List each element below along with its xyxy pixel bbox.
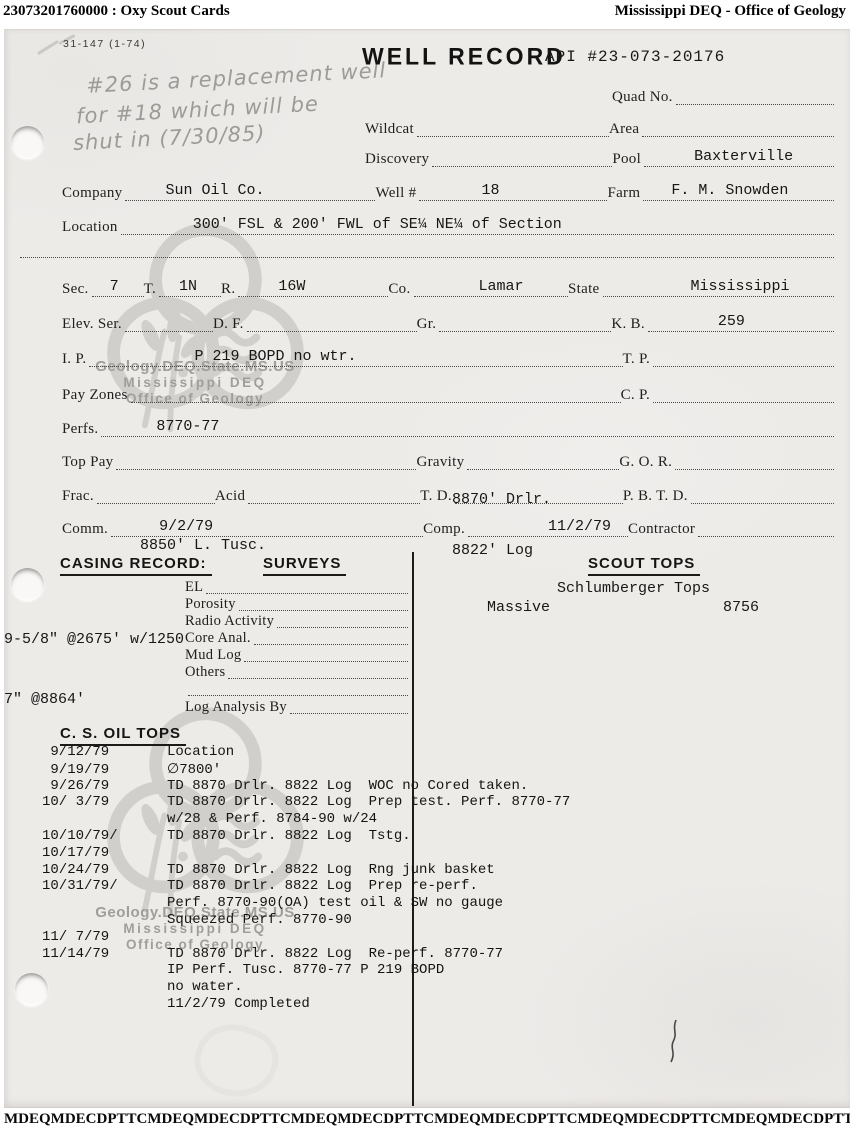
footer-item: PTTC xyxy=(107,1111,147,1128)
casing-record-heading: CASING RECORD: xyxy=(60,555,212,576)
survey-porosity-line xyxy=(239,593,408,611)
blank-field-line xyxy=(20,239,834,258)
kb-label: K. B. xyxy=(611,317,648,332)
oil-tops-date: 9/19/79 xyxy=(42,762,167,778)
oil-tops-text: TD 8870 Drlr. 8822 Log Prep re-perf. xyxy=(167,878,478,894)
oil-tops-date: 9/26/79 xyxy=(42,778,167,794)
field-row-payzones-cp: Pay Zones C. P. xyxy=(62,384,834,403)
acid-label: Acid xyxy=(215,489,248,504)
kb-line: 259 xyxy=(648,312,834,332)
survey-log-analysis-line xyxy=(290,696,408,714)
well-no-label: Well # xyxy=(375,186,419,201)
oil-tops-date: 10/17/79 xyxy=(42,845,167,861)
oil-tops-row: w/28 & Perf. 8784-90 w/24 xyxy=(42,811,570,828)
oil-tops-text: ∅7800' xyxy=(167,761,221,778)
oil-tops-text: TD 8870 Drlr. 8822 Log Tstg. xyxy=(167,828,411,844)
discovery-line xyxy=(432,147,612,167)
tp-label: T. P. xyxy=(623,352,653,367)
range-line: 16W xyxy=(238,277,388,297)
survey-mud-log-label: Mud Log xyxy=(185,648,244,663)
td-value-drlr: 8870' Drlr. xyxy=(452,491,551,508)
well-no-line: 18 xyxy=(419,181,607,201)
oil-tops-row: 10/24/79TD 8870 Drlr. 8822 Log Rng junk … xyxy=(42,862,570,879)
footer-item: MDEQ xyxy=(147,1111,194,1128)
oil-tops-date: 9/12/79 xyxy=(42,744,167,760)
comp-label: Comp. xyxy=(423,522,468,537)
td-label: T. D. xyxy=(420,489,455,504)
oil-tops-row: 10/31/79/TD 8870 Drlr. 8822 Log Prep re-… xyxy=(42,878,570,895)
survey-others-label: Others xyxy=(185,665,228,680)
farm-line: F. M. Snowden xyxy=(643,181,834,201)
survey-el-line xyxy=(206,576,408,594)
discovery-label: Discovery xyxy=(365,152,432,167)
pay-zones-line xyxy=(131,383,621,403)
field-row-toppay: Top Pay Gravity G. O. R. xyxy=(62,451,834,470)
frac-line xyxy=(97,484,215,504)
oil-tops-text: TD 8870 Drlr. 8822 Log Prep test. Perf. … xyxy=(167,794,570,810)
sec-label: Sec. xyxy=(62,282,92,297)
field-row-quad-no: Quad No. xyxy=(612,86,834,105)
top-pay-label: Top Pay xyxy=(62,455,116,470)
perfs-value: 8770-77 xyxy=(156,419,219,436)
footer-item: MDECD xyxy=(767,1111,824,1128)
elev-ser-line xyxy=(125,312,213,332)
footer-item: MDEQ xyxy=(721,1111,768,1128)
oil-tops-row: 11/2/79 Completed xyxy=(42,996,570,1013)
oil-tops-text: 11/2/79 Completed xyxy=(167,996,310,1012)
township-line: 1N xyxy=(159,277,221,297)
frac-label: Frac. xyxy=(62,489,97,504)
oil-tops-row: 9/19/79∅7800' xyxy=(42,761,570,778)
area-line xyxy=(642,117,834,137)
footer-item: PTTC xyxy=(824,1111,850,1128)
survey-core-anal-label: Core Anal. xyxy=(185,631,254,646)
survey-mud-log-line xyxy=(244,644,408,662)
field-row-discovery-pool: Discovery Pool Baxterville xyxy=(365,148,834,167)
field-row-perfs: Perfs. 8770-77 xyxy=(62,418,834,437)
gr-label: Gr. xyxy=(417,317,440,332)
county-line: Lamar xyxy=(414,277,568,297)
casing-line-1: 9-5/8" @2675' w/1250 xyxy=(4,630,184,650)
oil-tops-text: no water. xyxy=(167,979,243,995)
oil-tops-date: 10/24/79 xyxy=(42,862,167,878)
field-row-ip-tp: I. P. P 219 BOPD no wtr. T. P. xyxy=(62,348,834,367)
api-number: API #23-073-20176 xyxy=(545,48,725,66)
oil-tops-row: IP Perf. Tusc. 8770-77 P 219 BOPD xyxy=(42,962,570,979)
scout-tops-source: Schlumberger Tops xyxy=(557,580,710,597)
wildcat-line xyxy=(417,117,609,137)
footer-item: MDEQ xyxy=(577,1111,624,1128)
elev-ser-label: Elev. Ser. xyxy=(62,317,125,332)
oil-tops-row: 10/10/79/TD 8870 Drlr. 8822 Log Tstg. xyxy=(42,828,570,845)
casing-record-lines: 9-5/8" @2675' w/1250 7" @8864' xyxy=(4,590,184,730)
footer-item: PTTC xyxy=(394,1111,434,1128)
comp-line: 11/2/79 xyxy=(468,517,628,537)
survey-blank-line xyxy=(188,678,408,696)
survey-row-blank xyxy=(185,679,408,696)
top-header-bar: 23073201760000 : Oxy Scout Cards Mississ… xyxy=(0,0,850,28)
oil-tops-row: 11/14/79TD 8870 Drlr. 8822 Log Re-perf. … xyxy=(42,946,570,963)
oil-tops-row: 11/ 7/79 xyxy=(42,929,570,946)
gr-line xyxy=(439,312,611,332)
footer-item: MDECD xyxy=(481,1111,538,1128)
footer-item: PTTC xyxy=(251,1111,291,1128)
survey-porosity-label: Porosity xyxy=(185,597,239,612)
sec-line: 7 xyxy=(92,277,144,297)
area-label: Area xyxy=(609,122,642,137)
oil-tops-row: 10/17/79 xyxy=(42,845,570,862)
comm-line: 9/2/79 xyxy=(111,517,423,537)
oil-tops-heading: C. S. OIL TOPS xyxy=(60,725,186,746)
pool-value: Baxterville xyxy=(694,149,793,166)
perfs-label: Perfs. xyxy=(62,422,101,437)
ip-label: I. P. xyxy=(62,352,89,367)
oil-tops-row: 9/26/79TD 8870 Drlr. 8822 Log WOC no Cor… xyxy=(42,778,570,795)
oil-tops-row: Perf. 8770-90(OA) test oil & SW no gauge xyxy=(42,895,570,912)
footer-item: MDECD xyxy=(337,1111,394,1128)
td-value-log: 8822' Log xyxy=(452,542,551,559)
county-label: Co. xyxy=(388,282,413,297)
township-label: T. xyxy=(144,282,159,297)
oil-tops-text: IP Perf. Tusc. 8770-77 P 219 BOPD xyxy=(167,962,444,978)
field-row-elev: Elev. Ser. D. F. Gr. K. B. 259 xyxy=(62,313,834,332)
oil-tops-text: Perf. 8770-90(OA) test oil & SW no gauge xyxy=(167,895,503,911)
oil-tops-text: w/28 & Perf. 8784-90 w/24 xyxy=(167,811,377,827)
oil-tops-date: 10/10/79/ xyxy=(42,828,167,844)
tp-line xyxy=(653,347,834,367)
oil-tops-row: 9/12/79Location xyxy=(42,744,570,761)
oil-tops-text: TD 8870 Drlr. 8822 Log WOC no Cored take… xyxy=(167,778,528,794)
footer-item: MDEQ xyxy=(291,1111,338,1128)
location-line: 300' FSL & 200' FWL of SE¼ NE¼ of Sectio… xyxy=(121,215,834,235)
survey-el-label: EL xyxy=(185,580,206,595)
survey-row-el: EL xyxy=(185,577,408,594)
range-label: R. xyxy=(221,282,238,297)
survey-radio-activity-line xyxy=(277,610,408,628)
top-pay-line xyxy=(116,450,416,470)
hole-punch xyxy=(11,126,44,159)
farm-label: Farm xyxy=(607,186,643,201)
oil-tops-row: 10/ 3/79TD 8870 Drlr. 8822 Log Prep test… xyxy=(42,794,570,811)
location-label: Location xyxy=(62,220,121,235)
oil-tops-date: 10/ 3/79 xyxy=(42,794,167,810)
sec-value: 7 xyxy=(110,279,119,296)
form-title: WELL RECORD xyxy=(362,42,566,70)
pbtd-line xyxy=(691,484,834,504)
field-row-frac: Frac. Acid T. D. P. B. T. D. xyxy=(62,485,834,504)
comm-label: Comm. xyxy=(62,522,111,537)
acid-line xyxy=(248,484,420,504)
oil-tops-date: 10/31/79/ xyxy=(42,878,167,894)
location-value: 300' FSL & 200' FWL of SE¼ NE¼ of Sectio… xyxy=(193,217,562,234)
state-label: State xyxy=(568,282,603,297)
field-row-wildcat-area: Wildcat Area xyxy=(365,118,834,137)
survey-row-mud-log: Mud Log xyxy=(185,645,408,662)
oil-tops-row: Squeezed Perf. 8770-90 xyxy=(42,912,570,929)
document-id: 23073201760000 : Oxy Scout Cards xyxy=(3,3,230,20)
df-line xyxy=(247,312,417,332)
ip-line: P 219 BOPD no wtr. xyxy=(89,347,622,367)
comm-value: 9/2/79 xyxy=(159,519,213,536)
oil-tops-row: no water. xyxy=(42,979,570,996)
company-line: Sun Oil Co. xyxy=(125,181,375,201)
footer-item: MDEQ xyxy=(434,1111,481,1128)
surveys-heading: SURVEYS xyxy=(263,555,346,576)
field-row-company: Company Sun Oil Co. Well # 18 Farm F. M.… xyxy=(62,182,834,201)
oil-tops-date: 11/14/79 xyxy=(42,946,167,962)
field-row-sec-t-r-co-state: Sec. 7 T. 1N R. 16W Co. Lamar State Miss… xyxy=(62,278,834,297)
county-value: Lamar xyxy=(479,279,524,296)
survey-log-analysis-label: Log Analysis By xyxy=(185,700,290,715)
ip-value: P 219 BOPD no wtr. xyxy=(194,349,356,366)
oil-tops-text: Squeezed Perf. 8770-90 xyxy=(167,912,352,928)
footer-item: MDEQ xyxy=(4,1111,51,1128)
kb-value: 259 xyxy=(718,314,745,331)
state-line: Mississippi xyxy=(603,277,835,297)
comm-value-below: 8850' L. Tusc. xyxy=(140,537,266,554)
company-label: Company xyxy=(62,186,125,201)
state-value: Mississippi xyxy=(691,279,790,296)
survey-row-others: Others xyxy=(185,662,408,679)
scout-tops-formation: Massive xyxy=(487,599,550,616)
field-row-location: Location 300' FSL & 200' FWL of SE¼ NE¼ … xyxy=(62,216,834,235)
scout-tops-depth: 8756 xyxy=(723,599,759,616)
casing-line-2: 7" @8864' xyxy=(4,690,184,710)
quad-no-label: Quad No. xyxy=(612,90,676,105)
survey-row-core-anal: Core Anal. xyxy=(185,628,408,645)
contractor-line xyxy=(698,517,834,537)
footer-item: MDECD xyxy=(51,1111,108,1128)
footer-item: MDECD xyxy=(194,1111,251,1128)
perfs-line: 8770-77 xyxy=(101,417,834,437)
survey-row-radio-activity: Radio Activity xyxy=(185,611,408,628)
blank-line xyxy=(20,238,834,258)
survey-radio-activity-label: Radio Activity xyxy=(185,614,277,629)
form-number: 31-147 (1-74) xyxy=(63,38,146,50)
oil-tops-text: TD 8870 Drlr. 8822 Log Re-perf. 8770-77 xyxy=(167,946,503,962)
range-value: 16W xyxy=(278,279,305,296)
pbtd-label: P. B. T. D. xyxy=(623,489,691,504)
pool-label: Pool xyxy=(612,152,644,167)
df-label: D. F. xyxy=(213,317,247,332)
township-value: 1N xyxy=(179,279,197,296)
farm-value: F. M. Snowden xyxy=(671,183,788,200)
gor-label: G. O. R. xyxy=(619,455,675,470)
cp-line xyxy=(653,383,834,403)
cp-label: C. P. xyxy=(621,388,653,403)
pen-mark-artifact xyxy=(666,1018,682,1066)
footer-bar: MDEQ MDECD PTTC MDEQ MDECD PTTC MDEQ MDE… xyxy=(4,1111,846,1128)
contractor-label: Contractor xyxy=(628,522,698,537)
field-row-comm: Comm. 9/2/79 Comp. 11/2/79 Contractor xyxy=(62,518,834,537)
gor-line xyxy=(675,450,834,470)
oil-tops-text: TD 8870 Drlr. 8822 Log Rng junk basket xyxy=(167,862,495,878)
org-title: Mississippi DEQ - Office of Geology xyxy=(615,3,846,20)
well-no-value: 18 xyxy=(481,183,499,200)
survey-row-log-analysis: Log Analysis By xyxy=(185,697,408,714)
survey-core-anal-line xyxy=(254,627,408,645)
oil-tops-table: 9/12/79Location 9/19/79∅7800' 9/26/79TD … xyxy=(42,744,570,1013)
wildcat-label: Wildcat xyxy=(365,122,417,137)
quad-no-line xyxy=(676,85,834,105)
footer-item: MDECD xyxy=(624,1111,681,1128)
oil-tops-text: Location xyxy=(167,744,234,760)
footer-item: PTTC xyxy=(537,1111,577,1128)
pay-zones-label: Pay Zones xyxy=(62,388,131,403)
scout-tops-heading: SCOUT TOPS xyxy=(588,555,700,576)
oil-tops-date: 11/ 7/79 xyxy=(42,929,167,945)
footer-item: PTTC xyxy=(681,1111,721,1128)
comp-value: 11/2/79 xyxy=(548,519,611,536)
company-value: Sun Oil Co. xyxy=(165,183,264,200)
survey-others-line xyxy=(228,661,408,679)
survey-row-porosity: Porosity xyxy=(185,594,408,611)
pool-line: Baxterville xyxy=(644,147,834,167)
